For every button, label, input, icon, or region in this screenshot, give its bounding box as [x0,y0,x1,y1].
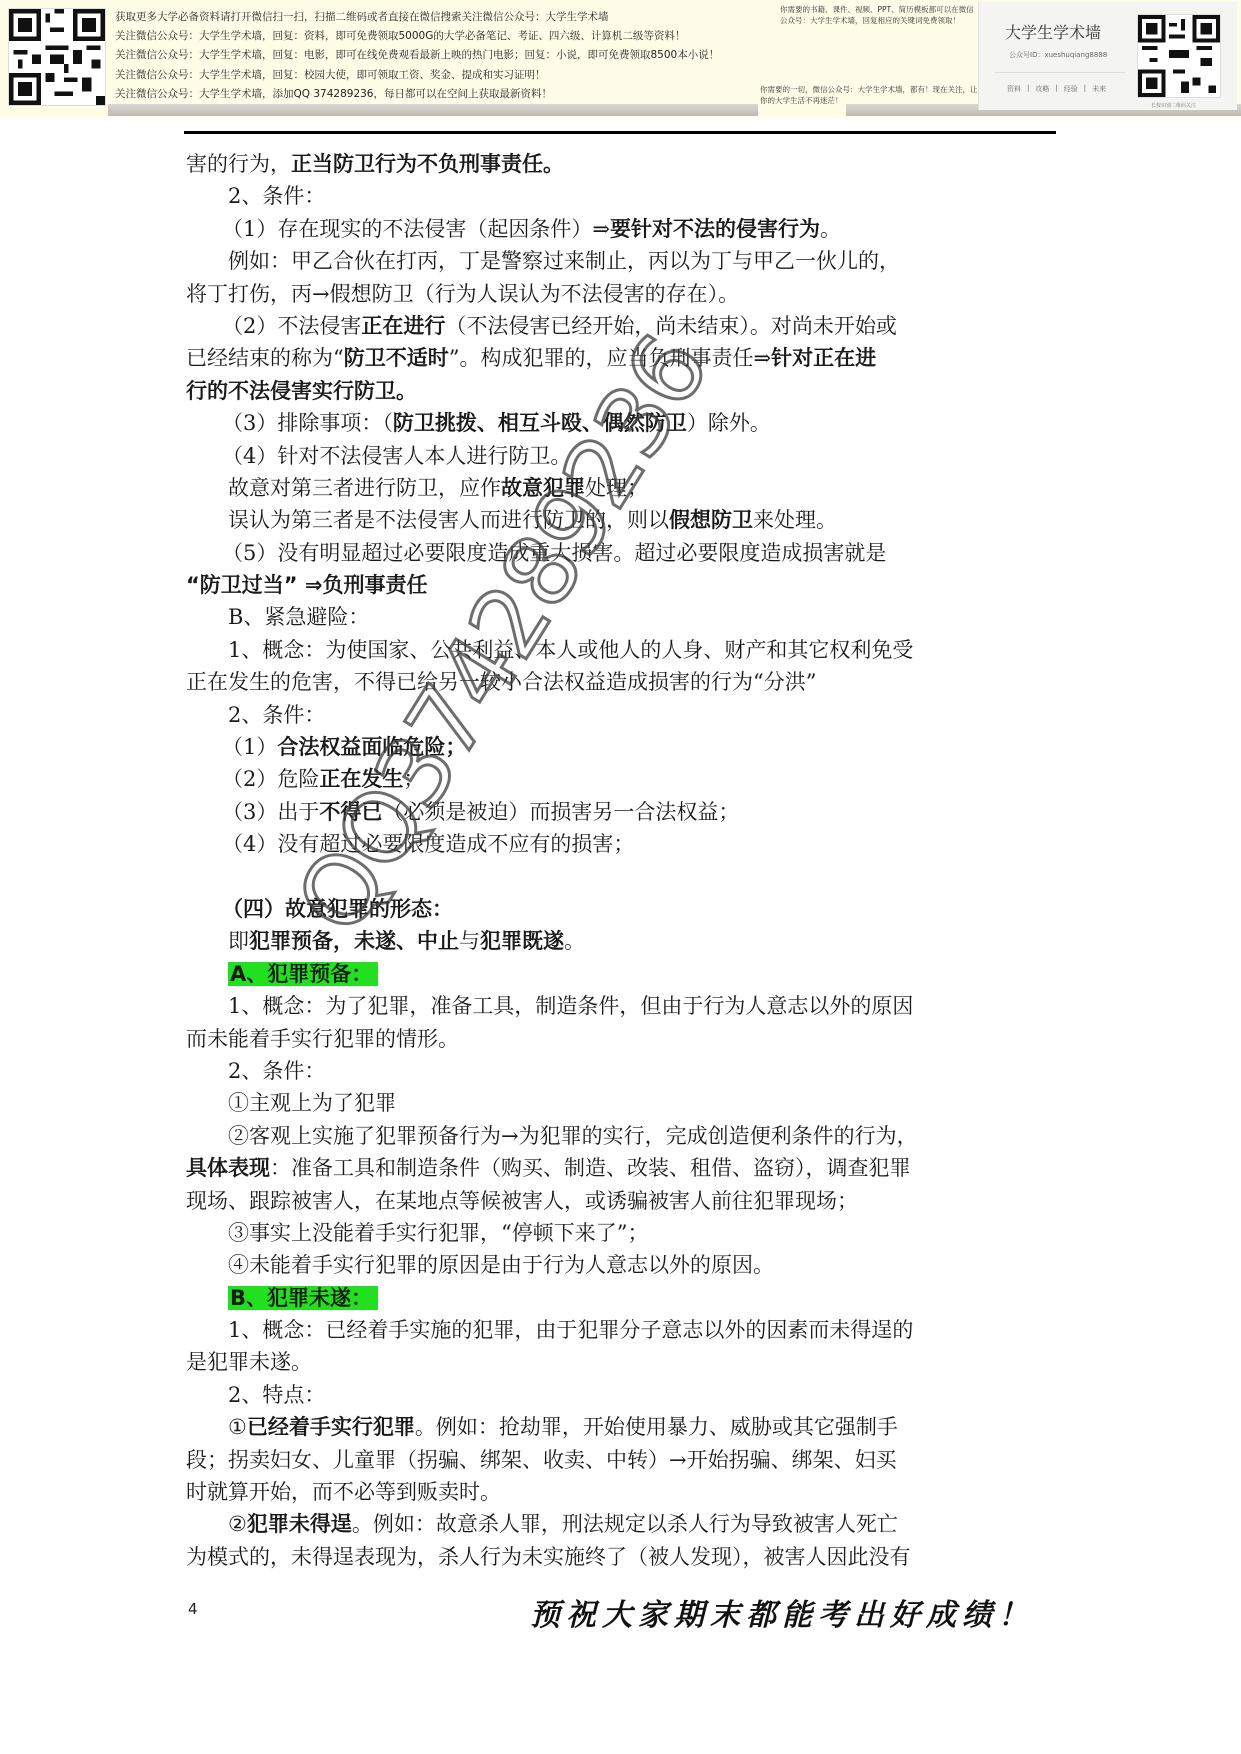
text-line: （2）不法侵害正在进行（不法侵害已经开始，尚未结束）。对尚未开始或 [186,310,1056,342]
bold-text: 假想防卫 [669,508,753,532]
text-segment: （3）出于 [222,800,319,824]
banner-note-top: 你需要的书籍、课件、视频、PPT、简历模板都可以在微信公众号：大学生学术墙，回复… [780,4,980,26]
text-segment: ④未能着手实行犯罪的原因是由于行为人意志以外的原因。 [228,1253,774,1277]
text-line: 例如：甲乙合伙在打丙，丁是警察过来制止，丙以为丁与甲乙一伙儿的， [186,245,1056,277]
text-line: （4）没有超过必要限度造成不应有的损害； [186,828,1056,860]
text-line: （四）故意犯罪的形态： [186,893,1056,925]
text-segment: ③事实上没能着手实行犯罪，“停顿下来了”； [228,1221,648,1245]
text-segment: 误认为第三者是不法侵害人而进行防卫的，则以 [228,508,669,532]
text-line: 害的行为，正当防卫行为不负刑事责任。 [186,148,1056,180]
text-line: 2、特点： [186,1379,1056,1411]
text-segment: 2、特点： [228,1383,325,1407]
link-separator: | [1055,84,1057,94]
document-body: 害的行为，正当防卫行为不负刑事责任。2、条件：（1）存在现实的不法侵害（起因条件… [186,148,1056,1573]
text-line: ①已经着手实行犯罪。例如：抢劫罪，开始使用暴力、威胁或其它强制手 [186,1411,1056,1443]
text-line: 2、条件： [186,699,1056,731]
banner-line: 关注微信公众号：大学生学术墙，回复：校园大使，即可领取工资、奖金、提成和实习证明… [115,66,775,85]
text-segment: 2、条件： [228,703,325,727]
footer-slogan: 预祝大家期末都能考出好成绩！ [530,1590,1034,1634]
banner-line: 关注微信公众号：大学生学术墙，添加QQ 374289236，每日都可以在空间上获… [115,85,775,104]
account-id: 公众号ID：xueshuqiang8888 [1009,50,1107,60]
text-segment: ：准备工具和制造条件（购买、制造、改装、租借、盗窃），调查犯罪 [270,1156,911,1180]
text-line: 为模式的，未得逞表现为，杀人行为未实施终了（被人发现），被害人因此没有 [186,1541,1056,1573]
text-segment: 。例如：抢劫罪，开始使用暴力、威胁或其它强制手 [415,1415,898,1439]
text-segment: （1）存在现实的不法侵害（起因条件）⇒ [222,217,610,241]
text-segment: 即 [228,929,249,953]
text-segment: 。例如：故意杀人罪，刑法规定以杀人行为导致被害人死亡 [352,1512,898,1536]
text-line: A、犯罪预备： [186,958,1056,990]
text-line: （4）针对不法侵害人本人进行防卫。 [186,440,1056,472]
text-segment: B、紧急避险： [228,605,369,629]
text-segment: 1、概念：为使国家、公共利益、本人或他人的人身、财产和其它权利免受 [228,638,913,662]
text-line: 2、条件： [186,180,1056,212]
text-line: 1、概念：已经着手实施的犯罪，由于犯罪分子意志以外的因素而未得逞的 [186,1314,1056,1346]
blank-line [186,861,1056,893]
text-line: 段；拐卖妇女、儿童罪（拐骗、绑架、收卖、中转）→开始拐骗、绑架、妇买 [186,1444,1056,1476]
header-rule [184,131,1056,134]
link-resources[interactable]: 资料 [1007,84,1021,94]
text-line: （3）出于不得已（必须是被迫）而损害另一合法权益； [186,796,1056,828]
text-segment: （2）不法侵害 [222,314,361,338]
promo-banner: 获取更多大学必备资料请打开微信扫一扫，扫描二维码或者直接在微信搜索关注微信公众号… [0,0,1241,118]
page-number: 4 [188,1600,198,1618]
text-segment: （必须是被迫）而损害另一合法权益； [382,800,739,824]
text-line: ②犯罪未得逞。例如：故意杀人罪，刑法规定以杀人行为导致被害人死亡 [186,1508,1056,1540]
bold-text: 已经着手实行犯罪 [247,1415,415,1439]
text-line: （1）合法权益面临危险； [186,731,1056,763]
text-line: 具体表现：准备工具和制造条件（购买、制造、改装、租借、盗窃），调查犯罪 [186,1152,1056,1184]
text-segment: ①主观上为了犯罪 [228,1091,396,1115]
text-segment: 将丁打伤，丙→假想防卫（行为人误认为不法侵害的存在）。 [186,282,739,306]
text-line: ③事实上没能着手实行犯罪，“停顿下来了”； [186,1217,1056,1249]
qr-code-icon [1137,14,1221,98]
text-line: 1、概念：为了犯罪，准备工具，制造条件，但由于行为人意志以外的原因 [186,990,1056,1022]
text-segment: 与 [459,929,480,953]
account-title: 大学生学术墙 [1005,20,1101,43]
text-line: ④未能着手实行犯罪的原因是由于行为人意志以外的原因。 [186,1249,1056,1281]
text-segment: 1、概念：为了犯罪，准备工具，制造条件，但由于行为人意志以外的原因 [228,994,913,1018]
text-segment: 是犯罪未遂。 [186,1350,312,1374]
card-links: 资料 | 攻略 | 经验 | 未来 [1007,84,1106,94]
bold-text: 行的不法侵害实行防卫。 [186,379,417,403]
text-line: 误认为第三者是不法侵害人而进行防卫的，则以假想防卫来处理。 [186,504,1056,536]
qr-code-icon [8,8,106,106]
text-segment: 2、条件： [228,184,325,208]
text-segment: 时就算开始，而不必等到贩卖时。 [186,1480,501,1504]
bold-text: 正在发生 [319,767,403,791]
text-segment: 1、概念：已经着手实施的犯罪，由于犯罪分子意志以外的因素而未得逞的 [228,1318,913,1342]
text-segment: 。 [564,929,585,953]
text-segment: 段；拐卖妇女、儿童罪（拐骗、绑架、收卖、中转）→开始拐骗、绑架、妇买 [186,1448,897,1472]
qr-caption: 长按识别二维码关注 [1151,102,1196,109]
text-segment: 而未能着手实行犯罪的情形。 [186,1027,459,1051]
text-segment: 2、条件： [228,1059,325,1083]
bold-text: 针对正在进 [771,346,876,370]
bold-text: “防卫过当” ⇒负刑事责任 [186,573,428,597]
text-segment: 现场、跟踪被害人，在某地点等候被害人，或诱骗被害人前往犯罪现场； [186,1189,858,1213]
text-line: 是犯罪未遂。 [186,1346,1056,1378]
text-segment: （2）危险 [222,767,319,791]
bold-text: 要针对不法的侵害行为 [610,217,820,241]
text-line: B、紧急避险： [186,601,1056,633]
banner-line: 关注微信公众号：大学生学术墙，回复：电影，即可在线免费观看最新上映的热门电影；回… [115,46,775,65]
text-segment: （4）没有超过必要限度造成不应有的损害； [222,832,634,856]
text-line: “防卫过当” ⇒负刑事责任 [186,569,1056,601]
text-segment: ① [228,1415,247,1439]
bold-text: 正在进行 [361,314,445,338]
text-line: 即犯罪预备，未遂、中止与犯罪既遂。 [186,925,1056,957]
bold-text: 犯罪预备，未遂、中止 [249,929,459,953]
text-segment: （3）排除事项：（ [222,411,393,435]
text-segment: （5）没有明显超过必要限度造成重大损害。超过必要限度造成损害就是 [222,541,886,565]
text-line: （1）存在现实的不法侵害（起因条件）⇒要针对不法的侵害行为。 [186,213,1056,245]
banner-line: 关注微信公众号：大学生学术墙，回复：资料，即可免费领取5000G的大学必备笔记、… [115,27,775,46]
text-segment: 害的行为， [186,152,291,176]
text-line: ①主观上为了犯罪 [186,1087,1056,1119]
link-guides[interactable]: 攻略 [1035,84,1049,94]
account-card: 大学生学术墙 公众号ID：xueshuqiang8888 资料 | 攻略 | 经… [978,2,1237,110]
text-segment: 来处理。 [753,508,837,532]
text-line: 正在发生的危害，不得已给另一较小合法权益造成损害的行为“分洪” [186,666,1056,698]
text-line: 行的不法侵害实行防卫。 [186,375,1056,407]
text-segment: 故意对第三者进行防卫，应作 [228,476,501,500]
text-segment: 正在发生的危害，不得已给另一较小合法权益造成损害的行为“分洪” [186,670,816,694]
text-line: 1、概念：为使国家、公共利益、本人或他人的人身、财产和其它权利免受 [186,634,1056,666]
text-segment: ”。构成犯罪的，应当负刑事责任⇒ [449,346,771,370]
text-line: （2）危险正在发生； [186,763,1056,795]
link-future[interactable]: 未来 [1092,84,1106,94]
bold-text: 不得已 [319,800,382,824]
text-line: 故意对第三者进行防卫，应作故意犯罪处理； [186,472,1056,504]
banner-line: 获取更多大学必备资料请打开微信扫一扫，扫描二维码或者直接在微信搜索关注微信公众号… [115,8,775,27]
text-line: 2、条件： [186,1055,1056,1087]
bold-text: 合法权益面临危险； [277,735,466,759]
bold-text: 防卫挑拨、相互斗殴、偶然防卫 [393,411,687,435]
bold-text: 犯罪未得逞 [247,1512,352,1536]
text-segment: ② [228,1512,247,1536]
text-line: ②客观上实施了犯罪预备行为→为犯罪的实行，完成创造便利条件的行为， [186,1120,1056,1152]
bold-text: 防卫不适时 [344,346,449,370]
text-segment: 为模式的，未得逞表现为，杀人行为未实施终了（被人发现），被害人因此没有 [186,1545,911,1569]
text-segment: （4）针对不法侵害人本人进行防卫。 [222,444,571,468]
text-segment: ； [403,767,424,791]
card-divider [995,72,1125,73]
bold-text: 正当防卫行为不负刑事责任。 [291,152,564,176]
text-line: （5）没有明显超过必要限度造成重大损害。超过必要限度造成损害就是 [186,537,1056,569]
bold-text: （四）故意犯罪的形态： [222,897,453,921]
bold-text: 犯罪既遂 [480,929,564,953]
text-segment: 。 [820,217,841,241]
text-segment: （不法侵害已经开始，尚未结束）。对尚未开始或 [445,314,897,338]
text-line: 已经结束的称为“防卫不适时”。构成犯罪的，应当负刑事责任⇒针对正在进 [186,342,1056,374]
text-segment: 处理； [585,476,648,500]
text-segment: ②客观上实施了犯罪预备行为→为犯罪的实行，完成创造便利条件的行为， [228,1124,918,1148]
link-experience[interactable]: 经验 [1064,84,1078,94]
text-line: 现场、跟踪被害人，在某地点等候被害人，或诱骗被害人前往犯罪现场； [186,1185,1056,1217]
text-line: 将丁打伤，丙→假想防卫（行为人误认为不法侵害的存在）。 [186,278,1056,310]
link-separator: | [1027,84,1029,94]
text-line: 而未能着手实行犯罪的情形。 [186,1023,1056,1055]
text-segment: ）除外。 [687,411,771,435]
text-segment: （1） [222,735,277,759]
banner-note-bottom: 你需要的一切，微信公众号：大学生学术墙，都有！现在关注，让你的大学生活不再迷茫！ [760,84,980,106]
section-heading-highlight: B、犯罪未遂： [228,1286,378,1310]
text-line: B、犯罪未遂： [186,1282,1056,1314]
text-line: （3）排除事项：（防卫挑拨、相互斗殴、偶然防卫）除外。 [186,407,1056,439]
banner-text: 获取更多大学必备资料请打开微信扫一扫，扫描二维码或者直接在微信搜索关注微信公众号… [115,8,775,104]
bold-text: 故意犯罪 [501,476,585,500]
banner-divider [108,104,758,116]
section-heading-highlight: A、犯罪预备： [228,962,378,986]
bold-text: 具体表现 [186,1156,270,1180]
text-segment: 例如：甲乙合伙在打丙，丁是警察过来制止，丙以为丁与甲乙一伙儿的， [228,249,900,273]
text-line: 时就算开始，而不必等到贩卖时。 [186,1476,1056,1508]
text-segment: 已经结束的称为“ [186,346,344,370]
link-separator: | [1084,84,1086,94]
